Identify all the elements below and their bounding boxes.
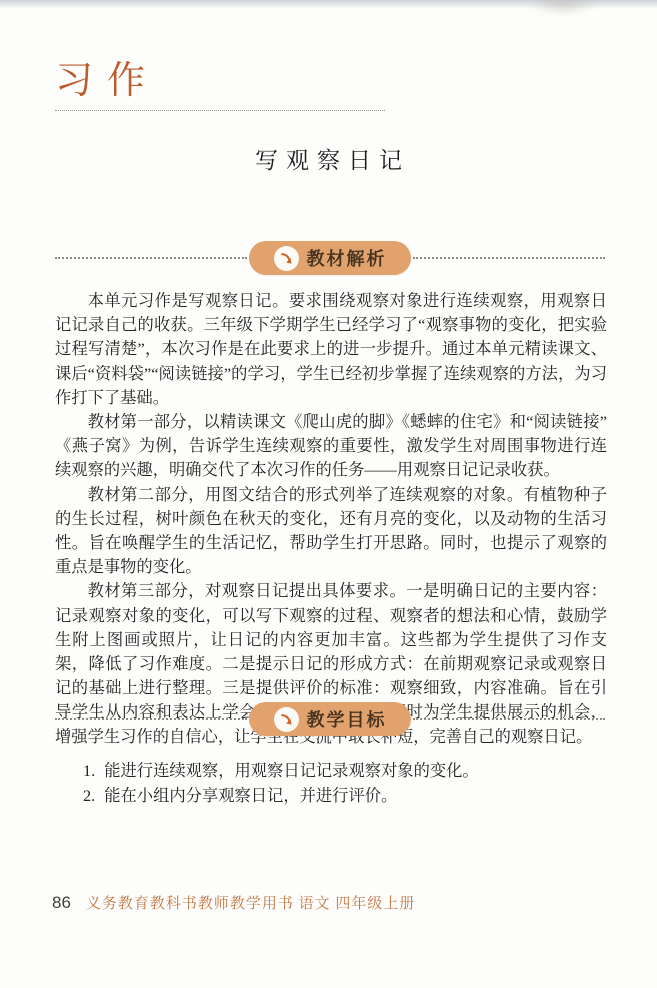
badge-dotted-line-left [55, 257, 247, 259]
scan-edge-shadow [0, 0, 657, 9]
scan-smudge [528, 0, 598, 16]
list-item-number: 2. [83, 783, 95, 808]
badge-dotted-line-right [413, 257, 605, 259]
book-title: 义务教育教科书教师教学用书 语文 四年级上册 [86, 892, 416, 913]
list-item: 1. 能进行连续观察，用观察日记记录观察对象的变化。 [55, 758, 607, 783]
paragraph: 教材第二部分，用图文结合的形式列举了连续观察的对象。有植物种子的生长过程，树叶颜… [55, 483, 607, 580]
list-item-number: 1. [83, 758, 95, 783]
badge-material-analysis: 教材解析 [249, 241, 411, 275]
page-title: 写观察日记 [0, 142, 657, 175]
badge-row-material-analysis: 教材解析 [55, 240, 605, 276]
list-item-text: 能进行连续观察，用观察日记记录观察对象的变化。 [104, 758, 607, 783]
badge-label: 教材解析 [307, 245, 387, 271]
paragraph: 教材第一部分，以精读课文《爬山虎的脚》《蟋蟀的住宅》和“阅读链接”《燕子窝》为例… [55, 410, 607, 483]
page-number: 86 [52, 893, 71, 913]
section-label: 习作 [55, 58, 159, 104]
paragraph: 本单元习作是写观察日记。要求围绕观察对象进行连续观察，用观察日记记录自己的收获。… [55, 289, 607, 410]
arrow-down-right-circle-icon [274, 707, 299, 732]
arrow-down-right-circle-icon [274, 246, 299, 271]
page-footer: 86 义务教育教科书教师教学用书 语文 四年级上册 [52, 892, 415, 913]
badge-label: 教学目标 [307, 706, 387, 732]
badge-row-teaching-goals: 教学目标 [55, 701, 605, 737]
badge-teaching-goals: 教学目标 [249, 702, 411, 736]
badge-dotted-line-left [55, 718, 247, 720]
teaching-goals-list: 1. 能进行连续观察，用观察日记记录观察对象的变化。 2. 能在小组内分享观察日… [55, 758, 607, 808]
list-item: 2. 能在小组内分享观察日记，并进行评价。 [55, 783, 607, 808]
badge-dotted-line-right [413, 718, 605, 720]
book-page: 习作 写观察日记 教材解析 本单元习作是写观察日记。要求围绕观察对象进行连续观察… [0, 0, 657, 988]
list-item-text: 能在小组内分享观察日记，并进行评价。 [104, 783, 607, 808]
material-analysis-body: 本单元习作是写观察日记。要求围绕观察对象进行连续观察，用观察日记记录自己的收获。… [55, 289, 607, 749]
section-label-rule [55, 110, 385, 111]
